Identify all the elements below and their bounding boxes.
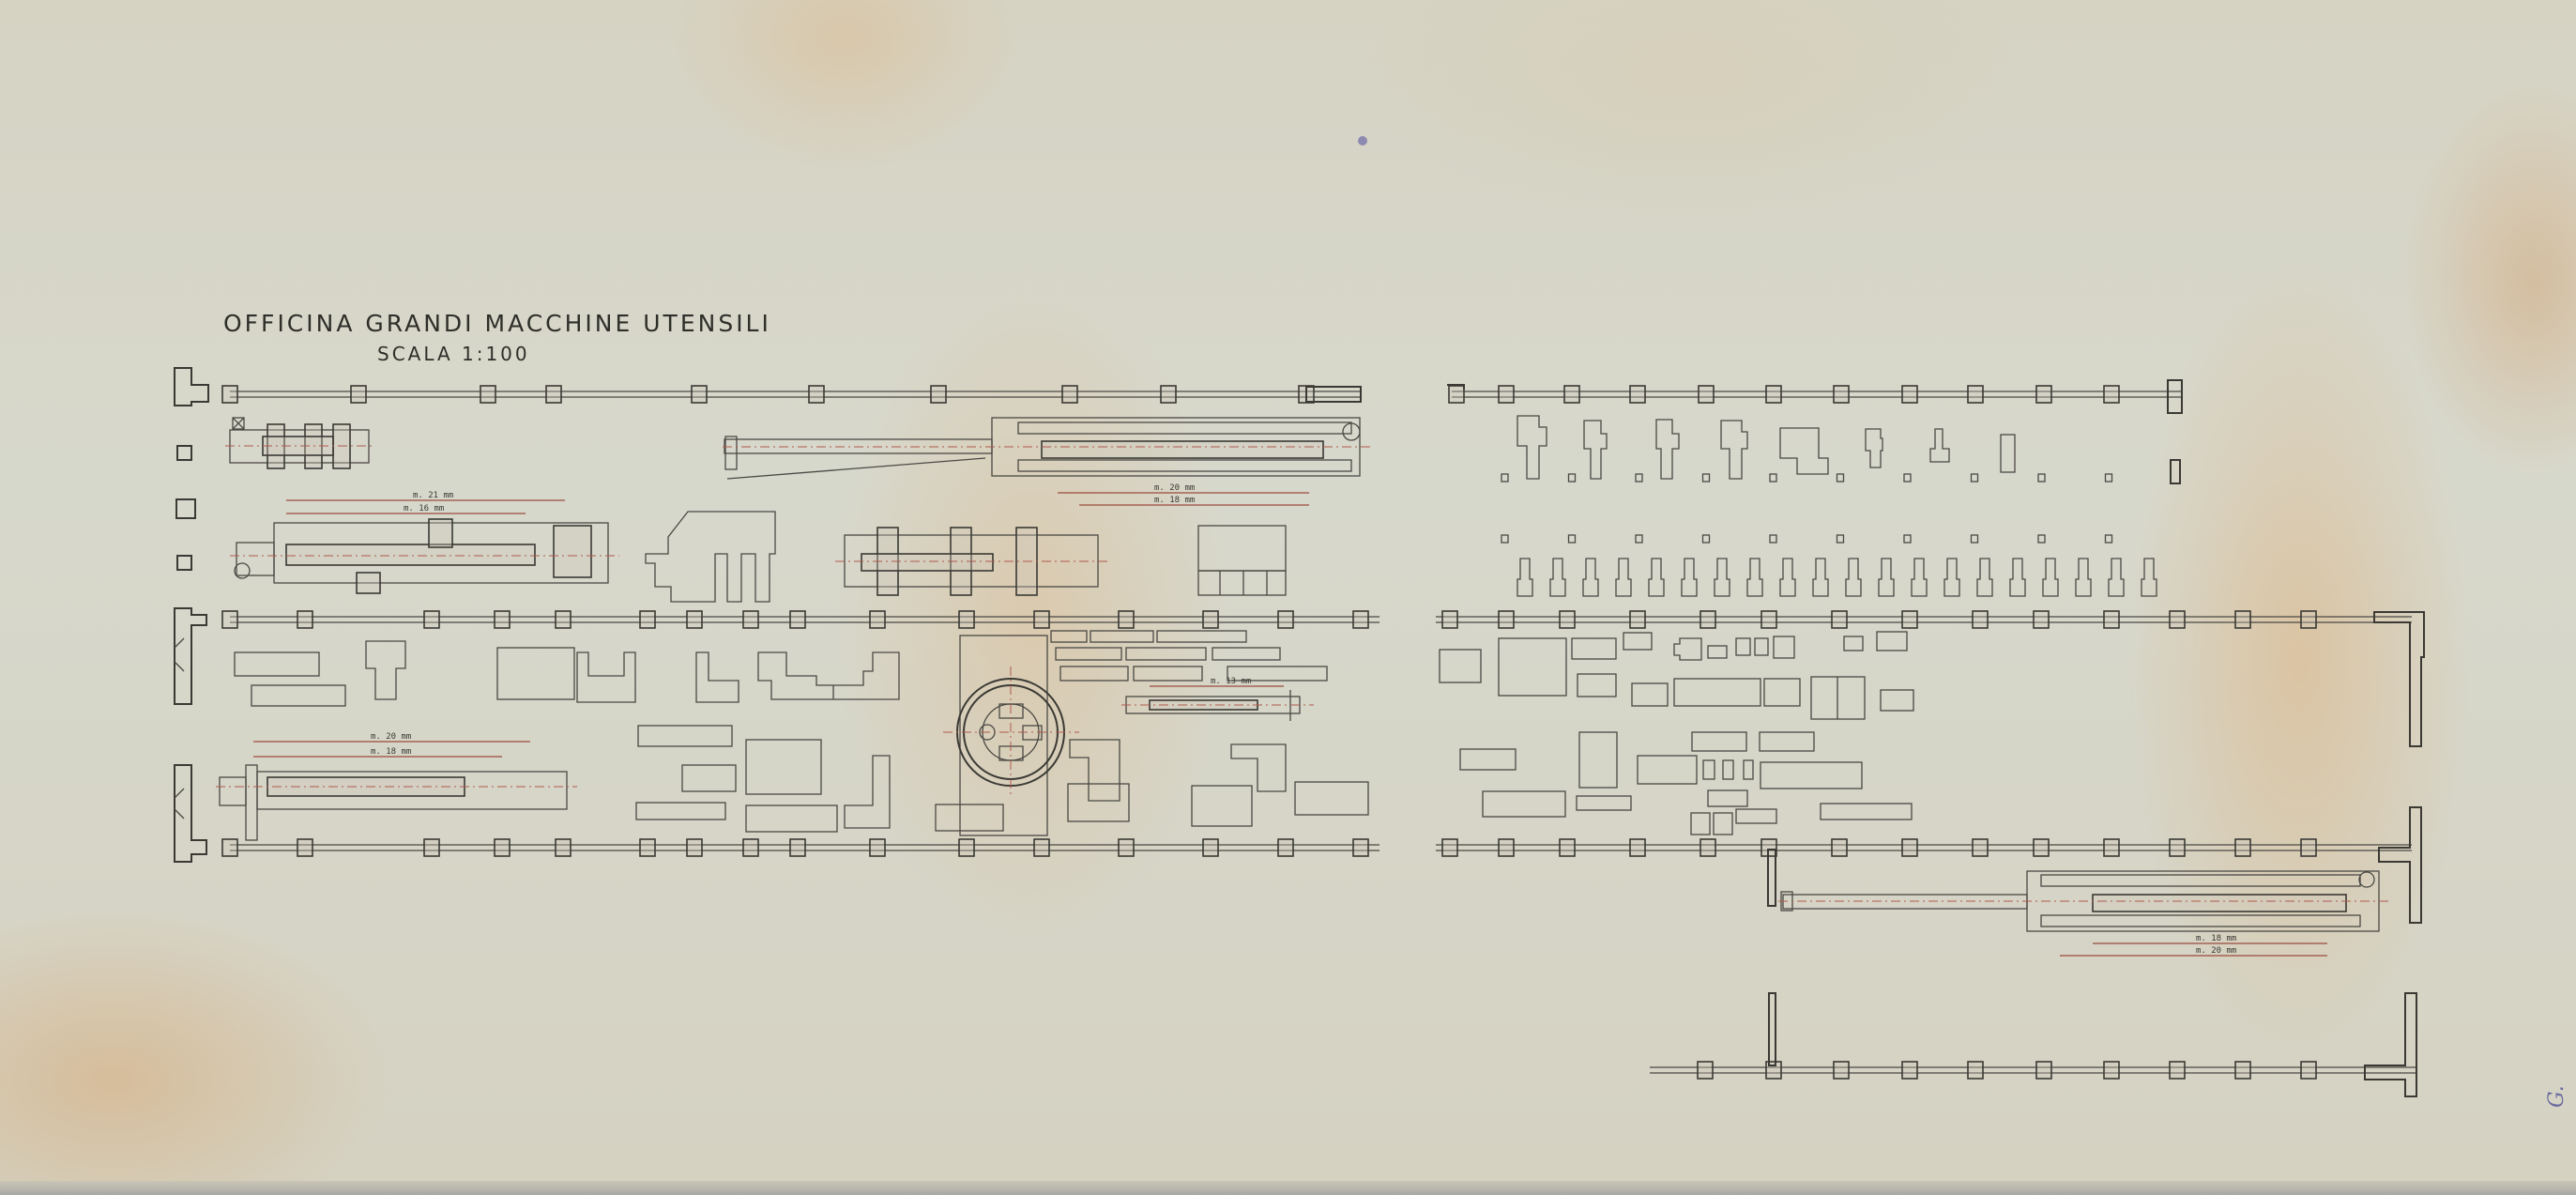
pilaster [1832, 839, 1847, 856]
pilaster [2034, 839, 2049, 856]
left-end-wall [175, 368, 208, 862]
small-machine-footprint [1517, 559, 1532, 596]
svg-text:m. 16 mm: m. 16 mm [404, 504, 444, 513]
pilaster [1973, 611, 1988, 628]
pilaster [1560, 611, 1575, 628]
wall-row-left-top [222, 386, 1361, 403]
pilaster [2235, 611, 2250, 628]
column-marker [1904, 535, 1911, 543]
wall-row-lower-annex [1650, 1062, 2416, 1079]
pilaster [1442, 611, 1457, 628]
small-machine-footprint [1583, 559, 1598, 596]
machine-footprints-left-hall [235, 641, 1003, 832]
pilaster [959, 839, 974, 856]
pilaster [1353, 611, 1368, 628]
machine-footprints-right-row [1517, 559, 2157, 596]
pilaster [1353, 839, 1368, 856]
pilaster [2301, 611, 2316, 628]
small-machine-footprint [1879, 559, 1894, 596]
wall-row-left-middle [222, 611, 1379, 628]
svg-text:m. 18 mm: m. 18 mm [1154, 496, 1195, 505]
pilaster [495, 839, 510, 856]
column-marker [1569, 474, 1576, 482]
svg-text:m. 20 mm: m. 20 mm [371, 732, 411, 742]
pilaster [1700, 611, 1715, 628]
pilaster [1630, 611, 1645, 628]
pilaster [2235, 1062, 2250, 1079]
pilaster [790, 611, 805, 628]
pilaster [1564, 386, 1579, 403]
machine-planer-block [646, 512, 775, 602]
pilaster [2170, 611, 2185, 628]
machine-lathe-small-center: m. 13 mm [1121, 677, 1314, 721]
machine-lathe-right-lower: m. 18 mm m. 20 mm [1778, 871, 2388, 956]
pilaster [1278, 611, 1293, 628]
pilaster [2104, 839, 2119, 856]
column-marker [1569, 535, 1576, 543]
machine-lathe-top-large: m. 20 mm m. 18 mm [723, 418, 1370, 505]
column-marker [2106, 535, 2112, 543]
pilaster [1968, 1062, 1983, 1079]
pilaster [2034, 611, 2049, 628]
machine-footprints-center [1051, 631, 1368, 826]
wall-row-right-bottom [1436, 839, 2412, 856]
small-machine-footprint [1846, 559, 1861, 596]
pilaster [1499, 839, 1514, 856]
column-marker [1837, 535, 1844, 543]
pilaster [556, 611, 571, 628]
pilaster [2301, 1062, 2316, 1079]
pilaster [640, 611, 655, 628]
pilaster [870, 839, 885, 856]
pilaster [1034, 611, 1049, 628]
machine-vertical-boring-turntable [943, 636, 1079, 835]
right-end-walls [1768, 612, 2424, 1096]
small-machine-footprint [2010, 559, 2025, 596]
pilaster [1203, 839, 1218, 856]
pilaster [809, 386, 824, 403]
pilaster [1442, 839, 1457, 856]
pilaster [692, 386, 707, 403]
pilaster [1203, 611, 1218, 628]
pilaster [1119, 611, 1134, 628]
pilaster [1902, 611, 1917, 628]
svg-text:m. 21 mm: m. 21 mm [413, 491, 453, 500]
pilaster [2170, 839, 2185, 856]
pilaster [1973, 839, 1988, 856]
pilaster [2104, 1062, 2119, 1079]
pilaster [1499, 611, 1514, 628]
pilaster [1278, 839, 1293, 856]
pilaster [1034, 839, 1049, 856]
column-marker [1636, 474, 1642, 482]
column-marker [1770, 535, 1776, 543]
pilaster [743, 839, 758, 856]
column-marker [1501, 474, 1508, 482]
pilaster [1834, 386, 1849, 403]
wall-row-left-bottom [222, 839, 1379, 856]
small-machine-footprint [2076, 559, 2091, 596]
machine-lathe-center [835, 528, 1107, 595]
machine-footprints-right-hall [1440, 632, 1913, 835]
pilaster [2170, 1062, 2185, 1079]
column-marker [1972, 535, 1978, 543]
machine-lathe-left-lower: m. 20 mm m. 18 mm [216, 732, 577, 840]
pilaster [931, 386, 946, 403]
machine-housing-block [1198, 526, 1286, 595]
pilaster [1630, 386, 1645, 403]
pilaster [687, 611, 702, 628]
pilaster [222, 386, 237, 403]
pilaster [424, 611, 439, 628]
svg-text:m. 18 mm: m. 18 mm [2196, 934, 2236, 943]
pilaster [1766, 386, 1781, 403]
pilaster [790, 839, 805, 856]
pilaster [495, 611, 510, 628]
machine-lathe-small-top-left [225, 418, 375, 468]
small-machine-footprint [1550, 559, 1565, 596]
pilaster [424, 839, 439, 856]
svg-text:m. 20 mm: m. 20 mm [1154, 483, 1195, 493]
column-markers-right [1501, 474, 2112, 543]
small-machine-footprint [1912, 559, 1927, 596]
pilaster [556, 839, 571, 856]
column-marker [1837, 474, 1844, 482]
pilaster [1761, 611, 1776, 628]
pilaster [959, 611, 974, 628]
pilaster [1449, 386, 1464, 403]
pilaster [297, 839, 312, 856]
pilaster [2036, 386, 2051, 403]
pilaster [687, 839, 702, 856]
pilaster [546, 386, 561, 403]
ink-spot [1358, 136, 1367, 146]
pilaster [2235, 839, 2250, 856]
svg-text:m. 13 mm: m. 13 mm [1211, 677, 1251, 686]
small-machine-footprint [2043, 559, 2058, 596]
pilaster [2301, 839, 2316, 856]
machine-lathe-left-upper: m. 21 mm m. 16 mm [230, 491, 619, 593]
small-machine-footprint [1944, 559, 1959, 596]
pilaster [297, 611, 312, 628]
small-machine-footprint [1977, 559, 1992, 596]
column-marker [1703, 474, 1710, 482]
column-marker [1501, 535, 1508, 543]
pilaster [222, 611, 237, 628]
svg-text:m. 18 mm: m. 18 mm [371, 747, 411, 757]
pilaster [1698, 1062, 1713, 1079]
pilaster [1700, 839, 1715, 856]
small-machine-footprint [2109, 559, 2124, 596]
small-machine-footprint [1747, 559, 1762, 596]
column-marker [1770, 474, 1776, 482]
pilaster [870, 611, 885, 628]
pilaster [2104, 611, 2119, 628]
pilaster [2036, 1062, 2051, 1079]
machine-footprints-right-upper [1517, 416, 2015, 479]
column-marker [1904, 474, 1911, 482]
pilaster [1968, 386, 1983, 403]
small-machine-footprint [1649, 559, 1664, 596]
pilaster [1560, 839, 1575, 856]
column-marker [1972, 474, 1978, 482]
column-marker [1703, 535, 1710, 543]
small-machine-footprint [2142, 559, 2157, 596]
wall-row-right-top [1449, 386, 2182, 403]
column-marker [2038, 535, 2045, 543]
small-machine-footprint [1682, 559, 1697, 596]
pilaster [1062, 386, 1077, 403]
pilaster [743, 611, 758, 628]
pilaster [351, 386, 366, 403]
pilaster [1630, 839, 1645, 856]
small-machine-footprint [1715, 559, 1730, 596]
pilaster [1119, 839, 1134, 856]
pilaster [2104, 386, 2119, 403]
pilaster [1161, 386, 1176, 403]
small-machine-footprint [1616, 559, 1631, 596]
pilaster [1834, 1062, 1849, 1079]
svg-text:m. 20 mm: m. 20 mm [2196, 946, 2236, 956]
wall-rows [222, 386, 2416, 1079]
pilaster [1832, 611, 1847, 628]
pilaster [1902, 839, 1917, 856]
floor-plan: m. 21 mm m. 16 mm [0, 0, 2576, 1195]
small-machine-footprint [1780, 559, 1795, 596]
pilaster [1699, 386, 1714, 403]
pilaster [480, 386, 495, 403]
pilaster [222, 839, 237, 856]
pilaster [1902, 386, 1917, 403]
pilaster [1902, 1062, 1917, 1079]
pilaster [1499, 386, 1514, 403]
small-machine-footprint [1813, 559, 1828, 596]
column-marker [1636, 535, 1642, 543]
column-marker [2038, 474, 2045, 482]
column-marker [2106, 474, 2112, 482]
wall-row-right-middle [1436, 611, 2412, 628]
pilaster [640, 839, 655, 856]
